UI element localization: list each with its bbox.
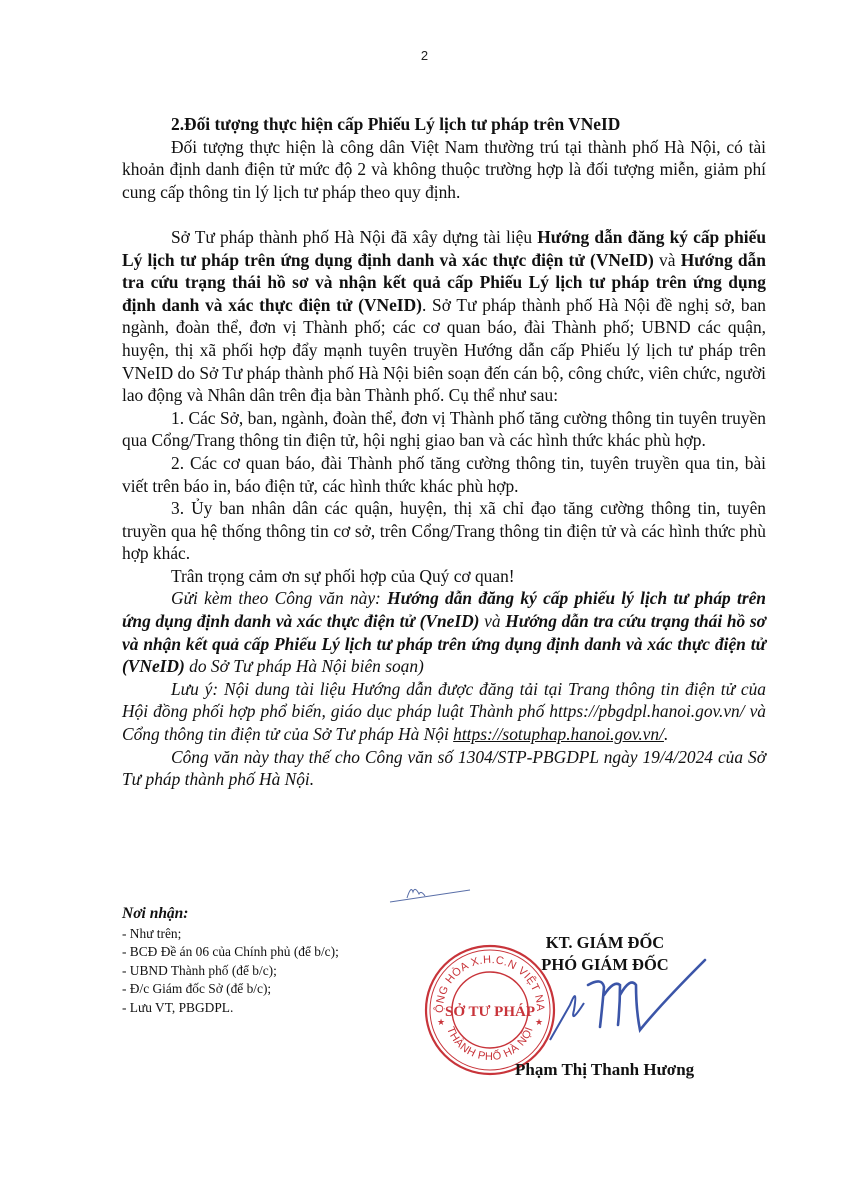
attachment-paragraph: Gửi kèm theo Công văn này: Hướng dẫn đăn…	[122, 587, 766, 677]
section-heading: 2.Đối tượng thực hiện cấp Phiếu Lý lịch …	[122, 113, 766, 136]
sotuphap-link[interactable]: https://sotuphap.hanoi.gov.vn/	[453, 724, 664, 744]
text-run: và	[479, 611, 505, 631]
recipient-item: - Như trên;	[122, 925, 339, 944]
replacement-note: Công văn này thay thế cho Công văn số 13…	[122, 746, 766, 791]
signer-title-1: KT. GIÁM ĐỐC	[505, 932, 705, 954]
document-body: 2.Đối tượng thực hiện cấp Phiếu Lý lịch …	[122, 113, 766, 791]
text-run: do Sở Tư pháp Hà Nội biên soạn)	[185, 656, 424, 676]
list-item: 1. Các Sở, ban, ngành, đoàn thể, đơn vị …	[122, 407, 766, 452]
page-number: 2	[0, 48, 849, 63]
recipient-item: - BCĐ Đề án 06 của Chính phủ (để b/c);	[122, 943, 339, 962]
recipients-title: Nơi nhận:	[122, 905, 339, 924]
list-item: 3. Ủy ban nhân dân các quận, huyện, thị …	[122, 497, 766, 565]
initial-mark-icon	[385, 880, 475, 905]
signature-icon	[540, 955, 710, 1045]
main-paragraph: Sở Tư pháp thành phố Hà Nội đã xây dựng …	[122, 226, 766, 407]
recipients-block: Nơi nhận: - Như trên; - BCĐ Đề án 06 của…	[122, 905, 339, 1017]
stamp-center-text: SỞ TƯ PHÁP	[445, 1003, 535, 1020]
recipient-item: - Lưu VT, PBGDPL.	[122, 999, 339, 1018]
recipient-item: - UBND Thành phố (để b/c);	[122, 962, 339, 981]
text-run: Sở Tư pháp thành phố Hà Nội đã xây dựng …	[171, 227, 537, 247]
text-run: .	[664, 724, 668, 744]
list-item: 2. Các cơ quan báo, đài Thành phố tăng c…	[122, 452, 766, 497]
signer-name: Phạm Thị Thanh Hương	[515, 1060, 694, 1080]
text-run: và	[654, 250, 681, 270]
thanks-line: Trân trọng cảm ơn sự phối hợp của Quý cơ…	[122, 565, 766, 588]
note-paragraph: Lưu ý: Nội dung tài liệu Hướng dẫn được …	[122, 678, 766, 746]
svg-text:★: ★	[437, 1017, 445, 1027]
text-run: Gửi kèm theo Công văn này:	[171, 588, 387, 608]
section-body: Đối tượng thực hiện là công dân Việt Nam…	[122, 136, 766, 204]
text-run: Lưu ý: Nội dung tài liệu Hướng dẫn được …	[122, 679, 766, 744]
recipient-item: - Đ/c Giám đốc Sở (để b/c);	[122, 980, 339, 999]
